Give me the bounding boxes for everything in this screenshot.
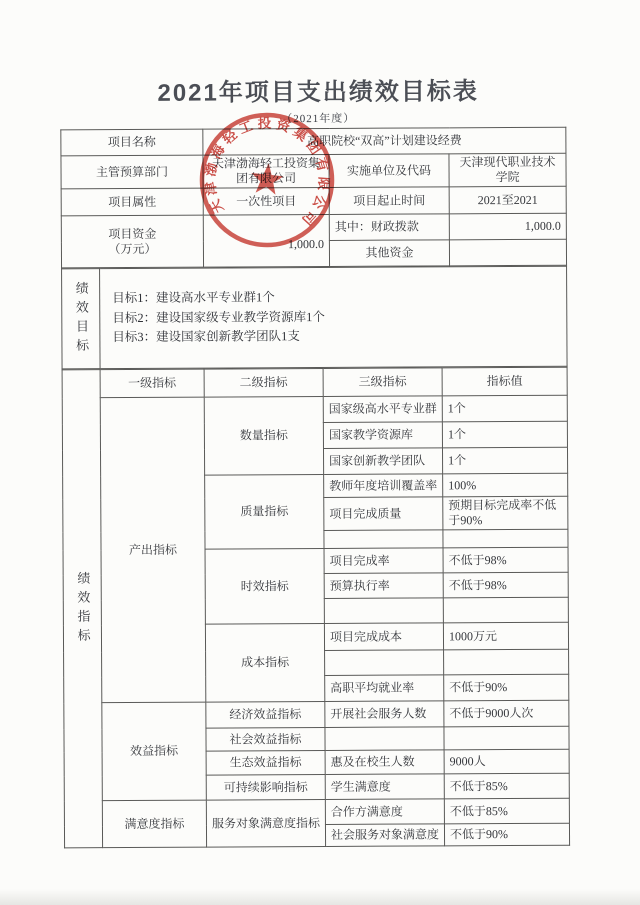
indicator-name: 项目完成质量 [324,497,443,531]
fiscal-label: 其中：财政拨款 [329,214,449,241]
col-header-level1: 一级指标 [100,369,204,398]
level2-sustainability: 可持续影响指标 [206,774,325,800]
col-header-level2: 二级指标 [204,368,323,397]
scanned-page: 2021年项目支出绩效目标表 （2021年度） 项目名称 高职院校“双高”计划建… [0,0,640,905]
goal-table: 绩效目标 目标1：建设高水平专业群1个 目标2：建设国家级专业教学资源库1个 目… [61,266,568,370]
level1-benefit: 效益指标 [102,702,207,801]
indicator-value [444,649,569,675]
dept-value: 天津渤海轻工投资集团有限公司 [203,154,329,188]
indicator-name: 高职平均就业率 [325,675,444,702]
indicator-name: 国家教学资源库 [323,422,442,449]
info-table: 项目名称 高职院校“双高”计划建设经费 主管预算部门 天津渤海轻工投资集团有限公… [60,127,567,269]
indicator-name: 惠及在校生人数 [325,750,444,775]
indicator-value: 1个 [442,395,567,422]
other-fund-label: 其他资金 [329,240,449,267]
doc-subtitle: （2021年度） [0,108,638,127]
indicator-name: 项目完成率 [324,548,443,574]
period-value: 2021至2021 [449,186,566,214]
indicator-value: 不低于85% [444,773,569,799]
period-label: 项目起止时间 [329,187,449,215]
indicator-value [443,597,568,623]
fiscal-value: 1,000.0 [449,213,566,240]
indicator-name: 社会服务对象满意度 [325,824,444,847]
attr-value: 一次性项目 [203,187,329,215]
goal-item: 目标2：建设国家级专业教学资源库1个 [112,307,554,329]
col-header-level3: 三级指标 [323,368,442,397]
indicator-name: 国家级高水平专业群 [323,396,442,423]
indicator-value: 不低于90% [444,823,569,846]
unit-value: 天津现代职业技术学院 [449,153,566,187]
indicator-name: 学生满意度 [325,774,444,800]
doc-title: 2021年项目支出绩效目标表 [0,70,638,108]
goal-item: 目标1：建设高水平专业群1个 [112,287,554,309]
indicator-name [325,650,444,676]
indicator-value: 不低于85% [444,798,569,824]
indicator-name: 教师年度培训覆盖率 [324,474,443,498]
attr-label: 项目属性 [61,188,203,216]
indicator-name [324,530,443,549]
indicator-value: 9000人 [444,749,569,774]
document: 2021年项目支出绩效目标表 （2021年度） 项目名称 高职院校“双高”计划建… [0,0,640,849]
indicator-name [324,598,443,624]
level2-quality: 质量指标 [205,474,324,549]
fund-value: 1,000.0 [203,214,329,267]
indicator-name: 国家创新教学团队 [323,448,442,475]
indicator-value: 1个 [442,421,567,448]
indicator-value: 预期目标完成率不低于90% [443,496,568,530]
indicator-name: 预算执行率 [324,573,443,599]
level2-timeliness: 时效指标 [205,548,324,624]
indicator-value: 不低于9000人次 [444,700,569,727]
indicator-value: 不低于98% [443,547,568,573]
level2-economic: 经济效益指标 [206,701,325,728]
project-name-label: 项目名称 [61,129,203,156]
level2-service-satisfaction: 服务对象满意度指标 [206,799,325,847]
indicator-value: 1000万元 [443,622,568,650]
goal-item: 目标3：建设国家创新教学团队1支 [112,326,554,348]
col-header-value: 指标值 [442,367,567,396]
level2-cost: 成本指标 [205,623,324,702]
dept-label: 主管预算部门 [61,155,203,189]
indicator-name: 合作方满意度 [325,799,444,825]
indicator-side-label: 绩效指标 [62,370,103,848]
fund-label: 项目资金 （万元） [61,215,203,268]
indicator-name: 项目完成成本 [324,623,443,651]
project-name-value: 高职院校“双高”计划建设经费 [203,127,566,155]
indicator-name: 开展社会服务人数 [325,701,444,728]
level2-ecological: 生态效益指标 [206,750,325,775]
indicator-value: 不低于90% [444,674,569,701]
indicator-value: 不低于98% [443,572,568,598]
indicator-value [444,726,569,750]
goal-cell: 目标1：建设高水平专业群1个 目标2：建设国家级专业教学资源库1个 目标3：建设… [100,266,568,368]
indicator-value: 100% [443,473,568,497]
indicator-table: 绩效指标 一级指标 二级指标 三级指标 指标值 产出指标 数量指标 国家级高水平… [62,367,571,849]
indicator-name [325,727,444,751]
unit-label: 实施单位及代码 [329,154,449,188]
level2-quantity: 数量指标 [204,396,323,475]
level1-satisfaction: 满意度指标 [102,800,206,848]
goal-side-label: 绩效目标 [62,269,101,369]
indicator-value: 1个 [442,447,567,474]
level2-social: 社会效益指标 [206,727,325,751]
other-fund-value [449,239,566,266]
indicator-value [443,529,568,548]
level1-output: 产出指标 [100,397,206,703]
